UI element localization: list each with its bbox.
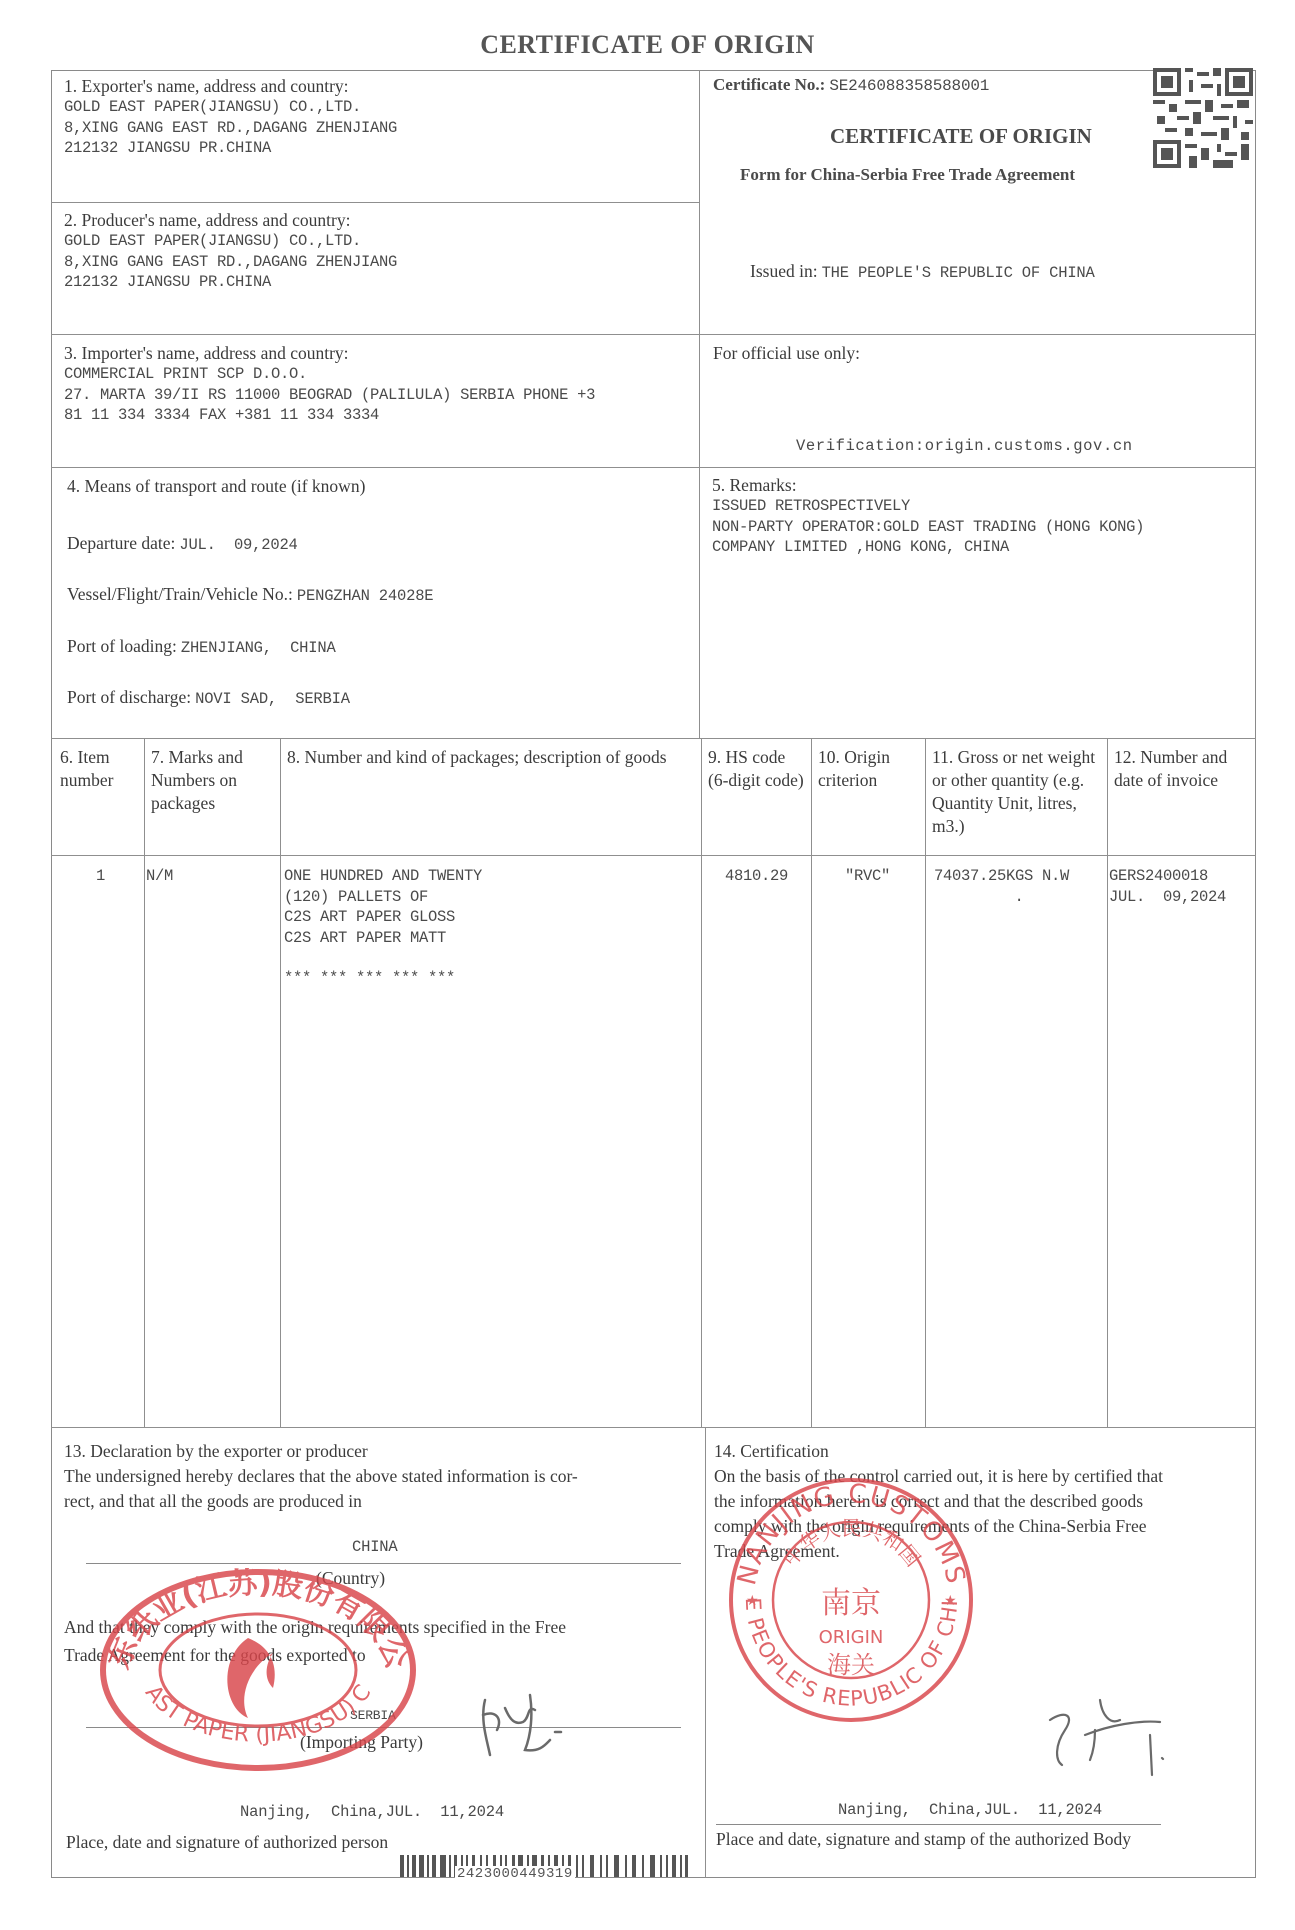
weight-line-1: 74037.25KGS N.W	[934, 866, 1104, 887]
certificate-no-label: Certificate No.:	[713, 75, 825, 94]
divider-box4-table	[51, 738, 1256, 739]
svg-text:南京: 南京	[821, 1586, 881, 1621]
vessel-label: Vessel/Flight/Train/Vehicle No.:	[67, 584, 293, 604]
row-weight: 74037.25KGS N.W .	[934, 866, 1104, 907]
header-origin-criterion: 10. Origin criterion	[818, 746, 918, 792]
header-description: 8. Number and kind of packages; descript…	[287, 746, 697, 769]
row-marks: N/M	[146, 866, 173, 887]
certification-label: 14. Certification	[714, 1439, 1254, 1464]
top-column-divider	[699, 70, 700, 738]
producer-line-1: GOLD EAST PAPER(JIANGSU) CO.,LTD.	[64, 231, 397, 252]
box-remarks: 5. Remarks: ISSUED RETROSPECTIVELY NON-P…	[712, 475, 1144, 558]
official-use-label: For official use only:	[713, 343, 860, 364]
svg-text:海关: 海关	[827, 1651, 875, 1679]
declaration-label: 13. Declaration by the exporter or produ…	[64, 1439, 694, 1464]
port-of-loading-label: Port of loading:	[67, 636, 177, 656]
qr-code-icon	[1153, 68, 1253, 168]
row-origin-criterion: "RVC"	[845, 866, 890, 887]
vessel-value: PENGZHAN 24028E	[297, 587, 434, 605]
header-item-number: 6. Item number	[60, 746, 140, 792]
col-divider-9-10	[811, 738, 812, 1427]
header-marks: 7. Marks and Numbers on packages	[151, 746, 273, 815]
declaration-text-1: The undersigned hereby declares that the…	[64, 1464, 694, 1489]
verification-url: Verification:origin.customs.gov.cn	[796, 437, 1133, 455]
barcode-number: 2423000449319	[455, 1866, 575, 1882]
declaration-place-date: Nanjing, China,JUL. 11,2024	[240, 1803, 504, 1821]
divider-table-header	[51, 855, 1256, 856]
exporter-line-3: 212132 JIANGSU PR.CHINA	[64, 138, 397, 159]
issued-in-value: THE PEOPLE'S REPUBLIC OF CHINA	[822, 264, 1095, 282]
customs-seal-icon: NANJING CUSTOMS THE PEOPLE'S REPUBLIC OF…	[724, 1475, 979, 1725]
weight-line-2: .	[934, 887, 1104, 908]
form-subtitle: Form for China-Serbia Free Trade Agreeme…	[740, 165, 1075, 185]
description-line-4: C2S ART PAPER MATT	[284, 928, 482, 949]
row-invoice: GERS2400018 JUL. 09,2024	[1109, 866, 1226, 907]
divider-box1-box2	[51, 202, 699, 203]
certification-place-date: Nanjing, China,JUL. 11,2024	[838, 1801, 1102, 1819]
svg-text:★: ★	[746, 1594, 759, 1609]
issued-in-label: Issued in:	[750, 261, 818, 281]
exporter-signature-icon	[475, 1690, 595, 1760]
remarks-line-2: NON-PARTY OPERATOR:GOLD EAST TRADING (HO…	[712, 517, 1144, 538]
description-line-3: C2S ART PAPER GLOSS	[284, 907, 482, 928]
divider-table-declaration	[51, 1427, 1256, 1428]
certification-footer: Place and date, signature and stamp of t…	[716, 1829, 1131, 1850]
exporter-label: 1. Exporter's name, address and country:	[64, 76, 397, 97]
box-exporter: 1. Exporter's name, address and country:…	[64, 76, 397, 159]
certificate-no-value: SE246088358588001	[829, 77, 989, 95]
header-weight: 11. Gross or net weight or other quantit…	[932, 746, 1104, 838]
form-title: CERTIFICATE OF ORIGIN	[830, 124, 1092, 149]
divider-box3-box4	[51, 467, 1256, 468]
description-terminator: *** *** *** *** ***	[284, 968, 482, 989]
departure-date-value: JUL. 09,2024	[179, 536, 297, 554]
issued-in-row: Issued in: THE PEOPLE'S REPUBLIC OF CHIN…	[750, 261, 1095, 282]
port-of-loading-value: ZHENJIANG, CHINA	[181, 639, 336, 657]
remarks-line-1: ISSUED RETROSPECTIVELY	[712, 496, 1144, 517]
declaration-footer: Place, date and signature of authorized …	[66, 1832, 388, 1853]
description-line-2: (120) PALLETS OF	[284, 887, 482, 908]
svg-text:ORIGIN: ORIGIN	[819, 1627, 884, 1648]
company-seal-icon: 金东纸业(江苏)股份有限公司 GOLD EAST PAPER (JIANGSU)…	[98, 1568, 418, 1773]
row-description: ONE HUNDRED AND TWENTY (120) PALLETS OF …	[284, 866, 482, 989]
divider-box2-box3	[51, 334, 1256, 335]
remarks-line-3: COMPANY LIMITED ,HONG KONG, CHINA	[712, 537, 1144, 558]
importer-line-1: COMMERCIAL PRINT SCP D.O.O.	[64, 364, 595, 385]
description-line-5	[284, 948, 482, 968]
remarks-label: 5. Remarks:	[712, 475, 1144, 496]
box-producer: 2. Producer's name, address and country:…	[64, 210, 397, 293]
col-divider-8-9	[701, 738, 702, 1427]
box-importer: 3. Importer's name, address and country:…	[64, 343, 595, 426]
vessel-row: Vessel/Flight/Train/Vehicle No.: PENGZHA…	[67, 584, 433, 605]
produced-in-country: CHINA	[352, 1538, 398, 1556]
document-title: CERTIFICATE OF ORIGIN	[0, 30, 1295, 60]
row-hs-code: 4810.29	[725, 866, 788, 887]
importer-label: 3. Importer's name, address and country:	[64, 343, 595, 364]
certifier-signature-icon	[1040, 1690, 1170, 1780]
port-of-discharge-label: Port of discharge:	[67, 687, 191, 707]
port-of-loading-row: Port of loading: ZHENJIANG, CHINA	[67, 636, 336, 657]
port-of-discharge-value: NOVI SAD, SERBIA	[195, 690, 350, 708]
departure-date-label: Departure date:	[67, 533, 175, 553]
col-divider-10-11	[925, 738, 926, 1427]
invoice-number: GERS2400018	[1109, 866, 1226, 887]
producer-line-2: 8,XING GANG EAST RD.,DAGANG ZHENJIANG	[64, 252, 397, 273]
importer-line-2: 27. MARTA 39/II RS 11000 BEOGRAD (PALILU…	[64, 385, 595, 406]
transport-label: 4. Means of transport and route (if know…	[67, 476, 365, 497]
importer-line-3: 81 11 334 3334 FAX +381 11 334 3334	[64, 405, 595, 426]
exporter-line-2: 8,XING GANG EAST RD.,DAGANG ZHENJIANG	[64, 118, 397, 139]
col-divider-11-12	[1107, 738, 1108, 1427]
row-item-number: 1	[96, 866, 105, 887]
box-declaration: 13. Declaration by the exporter or produ…	[64, 1439, 694, 1514]
producer-line-3: 212132 JIANGSU PR.CHINA	[64, 272, 397, 293]
certificate-number-row: Certificate No.: SE246088358588001	[713, 75, 989, 95]
producer-label: 2. Producer's name, address and country:	[64, 210, 397, 231]
svg-text:★: ★	[944, 1594, 957, 1609]
departure-date-row: Departure date: JUL. 09,2024	[67, 533, 298, 554]
col-divider-7-8	[280, 738, 281, 1427]
bottom-column-divider	[705, 1427, 706, 1878]
exporter-line-1: GOLD EAST PAPER(JIANGSU) CO.,LTD.	[64, 97, 397, 118]
header-hs-code: 9. HS code (6-digit code)	[708, 746, 808, 792]
declaration-text-2: rect, and that all the goods are produce…	[64, 1489, 694, 1514]
invoice-date: JUL. 09,2024	[1109, 887, 1226, 908]
port-of-discharge-row: Port of discharge: NOVI SAD, SERBIA	[67, 687, 350, 708]
header-invoice: 12. Number and date of invoice	[1114, 746, 1254, 792]
col-divider-6-7	[144, 738, 145, 1427]
description-line-1: ONE HUNDRED AND TWENTY	[284, 866, 482, 887]
country-underline	[86, 1563, 681, 1564]
certification-underline	[716, 1824, 1161, 1825]
